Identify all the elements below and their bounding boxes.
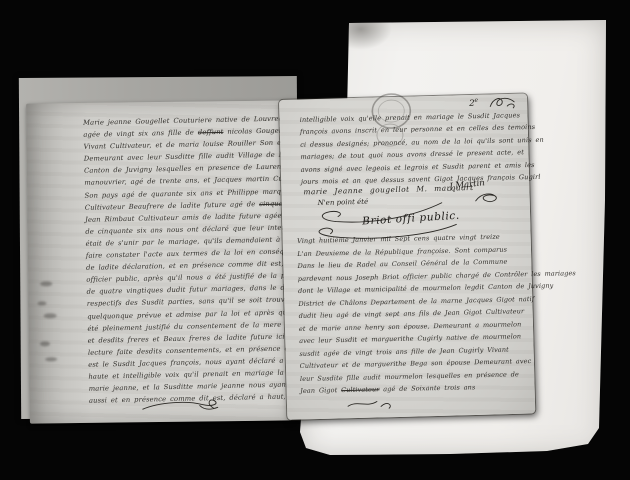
struck-word: Cultivateur (341, 385, 380, 394)
ink-smudge (45, 357, 57, 361)
ink-smudge (40, 281, 52, 286)
struck-word: deffunt (198, 128, 224, 137)
ink-smudge (37, 301, 46, 305)
page-number: 2e (469, 97, 478, 109)
right-page-act1-handwriting: intelligible voix qu'elle prenait en mar… (300, 109, 526, 188)
end-flourish-icon (345, 396, 397, 411)
paraph-icon (487, 94, 519, 111)
right-page: 2e intelligible voix qu'elle prenait en … (279, 94, 535, 420)
right-page-act2-handwriting: Vingt huitieme Janvier mil Sept cens qua… (297, 230, 532, 397)
ink-smudge (44, 313, 57, 318)
signature-paraph-icon (473, 190, 499, 205)
paper-stain (340, 18, 392, 50)
document-scan: Marie jeanne Gougellet Couturiere native… (0, 0, 630, 480)
left-page: Marie jeanne Gougellet Couturiere native… (26, 100, 292, 423)
left-page-handwriting: Marie jeanne Gougellet Couturiere native… (83, 113, 289, 407)
ink-smudge (40, 341, 50, 346)
flourish-icon (140, 397, 224, 414)
